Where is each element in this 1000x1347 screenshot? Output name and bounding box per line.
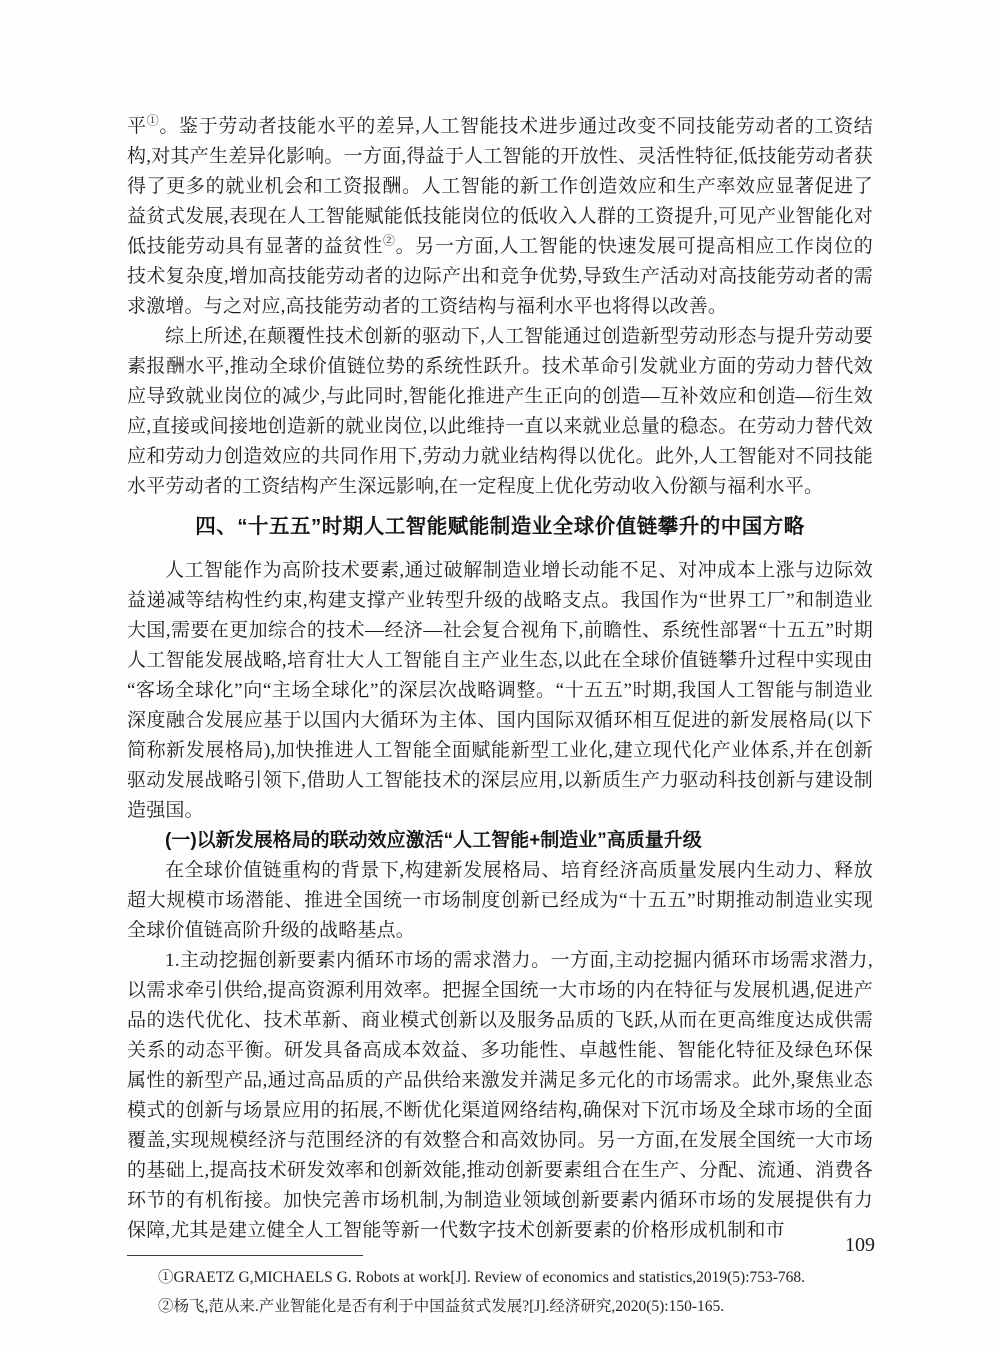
subsection-heading: (一)以新发展格局的联动效应激活“人工智能+制造业”高质量升级: [127, 826, 873, 856]
footnote-ref-1: ①: [147, 114, 160, 128]
footnotes-section: ①GRAETZ G,MICHAELS G. Robots at work[J].…: [127, 1255, 873, 1321]
section-heading: 四、“十五五”时期人工智能赋能制造业全球价值链攀升的中国方略: [127, 512, 873, 542]
body-paragraph-strategy: 人工智能作为高阶技术要素,通过破解制造业增长动能不足、对冲成本上涨与边际效益递减…: [127, 556, 873, 826]
paragraph-text: 平: [127, 116, 147, 137]
document-page: 平①。鉴于劳动者技能水平的差异,人工智能技术进步通过改变不同技能劳动者的工资结构…: [0, 0, 1000, 1347]
body-paragraph-continued: 平①。鉴于劳动者技能水平的差异,人工智能技术进步通过改变不同技能劳动者的工资结构…: [127, 112, 873, 322]
footnote-ref-2: ②: [383, 234, 396, 248]
body-paragraph-background: 在全球价值链重构的背景下,构建新发展格局、培育经济高质量发展内生动力、释放超大规…: [127, 856, 873, 946]
page-number: 109: [845, 1230, 875, 1260]
text-column: 平①。鉴于劳动者技能水平的差异,人工智能技术进步通过改变不同技能劳动者的工资结构…: [127, 112, 873, 1321]
footnote-divider: [127, 1255, 363, 1256]
body-paragraph-summary: 综上所述,在颠覆性技术创新的驱动下,人工智能通过创造新型劳动形态与提升劳动要素报…: [127, 322, 873, 502]
footnote-2: ②杨飞,范从来.产业智能化是否有利于中国益贫式发展?[J].经济研究,2020(…: [127, 1292, 873, 1321]
body-paragraph-point1: 1.主动挖掘创新要素内循环市场的需求潜力。一方面,主动挖掘内循环市场需求潜力,以…: [127, 946, 873, 1246]
footnote-1: ①GRAETZ G,MICHAELS G. Robots at work[J].…: [127, 1263, 873, 1292]
